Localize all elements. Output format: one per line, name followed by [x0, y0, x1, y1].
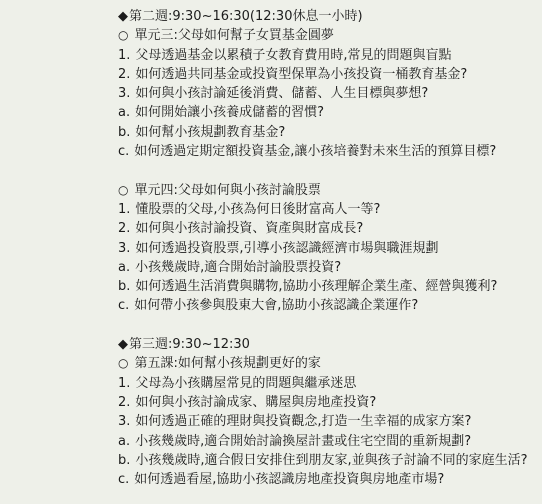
- course-outline-document: ◆第二週:9:30~16:30(12:30休息一小時) ○單元三:父母如何幫子女…: [0, 0, 542, 489]
- schedule-section-week3: ◆第三週:9:30~12:30 ○第五課:如何幫小孩規劃更好的家 1.父母為小孩…: [118, 335, 538, 489]
- schedule-section-week2: ◆第二週:9:30~16:30(12:30休息一小時) ○單元三:父母如何幫子女…: [118, 7, 538, 161]
- unit-header: ○第五課:如何幫小孩規劃更好的家: [118, 354, 538, 373]
- item-marker: 3.: [118, 412, 130, 431]
- agenda-item: c.如何帶小孩參與股東大會,協助小孩認識企業運作?: [118, 296, 538, 315]
- item-marker: b.: [118, 277, 130, 296]
- item-marker: b.: [118, 123, 130, 142]
- agenda-item: c.如何透過看屋,協助小孩認識房地產投資與房地產市場?: [118, 470, 538, 489]
- agenda-item-text: 父母透過基金以累積子女教育費用時,常見的問題與盲點: [135, 48, 451, 63]
- agenda-item-text: 懂股票的父母,小孩為何日後財富高人一等?: [135, 202, 380, 217]
- agenda-item: b.小孩幾歲時,適合假日安排住到朋友家,並與孩子討論不同的家庭生活?: [118, 451, 538, 470]
- agenda-item-text: 如何透過生活消費與購物,協助小孩理解企業生產、經營與獲利?: [135, 279, 497, 294]
- agenda-item-text: 小孩幾歲時,適合假日安排住到朋友家,並與孩子討論不同的家庭生活?: [135, 453, 527, 468]
- item-marker: 2.: [118, 219, 130, 238]
- agenda-item-text: 如何透過共同基金或投資型保單為小孩投資一桶教育基金?: [135, 67, 467, 82]
- agenda-item: b.如何透過生活消費與購物,協助小孩理解企業生產、經營與獲利?: [118, 277, 538, 296]
- agenda-item: 2.如何與小孩討論投資、資產與財富成長?: [118, 219, 538, 238]
- agenda-item: a.小孩幾歲時,適合開始討論換屋計畫或住宅空間的重新規劃?: [118, 432, 538, 451]
- agenda-item: 2.如何透過共同基金或投資型保單為小孩投資一桶教育基金?: [118, 65, 538, 84]
- agenda-item: 3.如何與小孩討論延後消費、儲蓄、人生目標與夢想?: [118, 84, 538, 103]
- item-marker: 1.: [118, 46, 130, 65]
- item-marker: 1.: [118, 374, 130, 393]
- agenda-item-text: 如何與小孩討論成家、購屋與房地產投資?: [135, 395, 376, 410]
- unit-header: ○單元三:父母如何幫子女買基金圓夢: [118, 26, 538, 45]
- item-marker: 3.: [118, 239, 130, 258]
- week-header-text: 第三週:9:30~12:30: [129, 337, 250, 352]
- agenda-item-text: 如何透過投資股票,引導小孩認識經濟市場與職涯規劃: [135, 241, 438, 256]
- schedule-section-unit4: ○單元四:父母如何與小孩討論股票 1.懂股票的父母,小孩為何日後財富高人一等? …: [118, 181, 538, 316]
- unit-header-text: 單元四:父母如何與小孩討論股票: [134, 183, 320, 198]
- item-marker: c.: [118, 296, 129, 315]
- item-marker: a.: [118, 258, 130, 277]
- agenda-item-text: 如何與小孩討論延後消費、儲蓄、人生目標與夢想?: [135, 86, 428, 101]
- agenda-item-text: 小孩幾歲時,適合開始討論換屋計畫或住宅空間的重新規劃?: [135, 434, 471, 449]
- unit-header-text: 第五課:如何幫小孩規劃更好的家: [134, 356, 320, 371]
- agenda-item-text: 如何開始讓小孩養成儲蓄的習慣?: [135, 105, 324, 120]
- agenda-item: 3.如何透過投資股票,引導小孩認識經濟市場與職涯規劃: [118, 239, 538, 258]
- item-marker: 3.: [118, 84, 130, 103]
- agenda-item: a.如何開始讓小孩養成儲蓄的習慣?: [118, 103, 538, 122]
- agenda-item: 1.父母為小孩購屋常見的問題與繼承迷思: [118, 374, 538, 393]
- week-header-text: 第二週:9:30~16:30(12:30休息一小時): [129, 9, 363, 24]
- item-marker: b.: [118, 451, 130, 470]
- agenda-item-text: 父母為小孩購屋常見的問題與繼承迷思: [135, 376, 356, 391]
- agenda-item-text: 如何透過正確的理財與投資觀念,打造一生幸福的成家方案?: [135, 414, 471, 429]
- diamond-bullet-icon: ◆: [118, 335, 128, 354]
- agenda-item: a.小孩幾歲時,適合開始討論股票投資?: [118, 258, 538, 277]
- diamond-bullet-icon: ◆: [118, 7, 128, 26]
- item-marker: 2.: [118, 65, 130, 84]
- agenda-item: c.如何透過定期定額投資基金,讓小孩培養對未來生活的預算目標?: [118, 142, 538, 161]
- agenda-item-text: 如何與小孩討論投資、資產與財富成長?: [135, 221, 363, 236]
- agenda-item: 1.父母透過基金以累積子女教育費用時,常見的問題與盲點: [118, 46, 538, 65]
- item-marker: a.: [118, 103, 130, 122]
- week-header: ◆第二週:9:30~16:30(12:30休息一小時): [118, 7, 538, 26]
- item-marker: a.: [118, 432, 130, 451]
- item-marker: c.: [118, 470, 129, 489]
- agenda-item-text: 如何帶小孩參與股東大會,協助小孩認識企業運作?: [134, 298, 418, 313]
- item-marker: c.: [118, 142, 129, 161]
- circle-bullet-icon: ○: [118, 26, 128, 45]
- item-marker: 2.: [118, 393, 130, 412]
- agenda-item-text: 小孩幾歲時,適合開始討論股票投資?: [135, 260, 341, 275]
- agenda-item: b.如何幫小孩規劃教育基金?: [118, 123, 538, 142]
- unit-header-text: 單元三:父母如何幫子女買基金圓夢: [134, 28, 333, 43]
- agenda-item-text: 如何透過看屋,協助小孩認識房地產投資與房地產市場?: [134, 472, 444, 487]
- agenda-item: 1.懂股票的父母,小孩為何日後財富高人一等?: [118, 200, 538, 219]
- week-header: ◆第三週:9:30~12:30: [118, 335, 538, 354]
- circle-bullet-icon: ○: [118, 181, 128, 200]
- agenda-item-text: 如何透過定期定額投資基金,讓小孩培養對未來生活的預算目標?: [134, 144, 496, 159]
- unit-header: ○單元四:父母如何與小孩討論股票: [118, 181, 538, 200]
- agenda-item: 2.如何與小孩討論成家、購屋與房地產投資?: [118, 393, 538, 412]
- circle-bullet-icon: ○: [118, 354, 128, 373]
- agenda-item: 3.如何透過正確的理財與投資觀念,打造一生幸福的成家方案?: [118, 412, 538, 431]
- item-marker: 1.: [118, 200, 130, 219]
- agenda-item-text: 如何幫小孩規劃教育基金?: [135, 125, 285, 140]
